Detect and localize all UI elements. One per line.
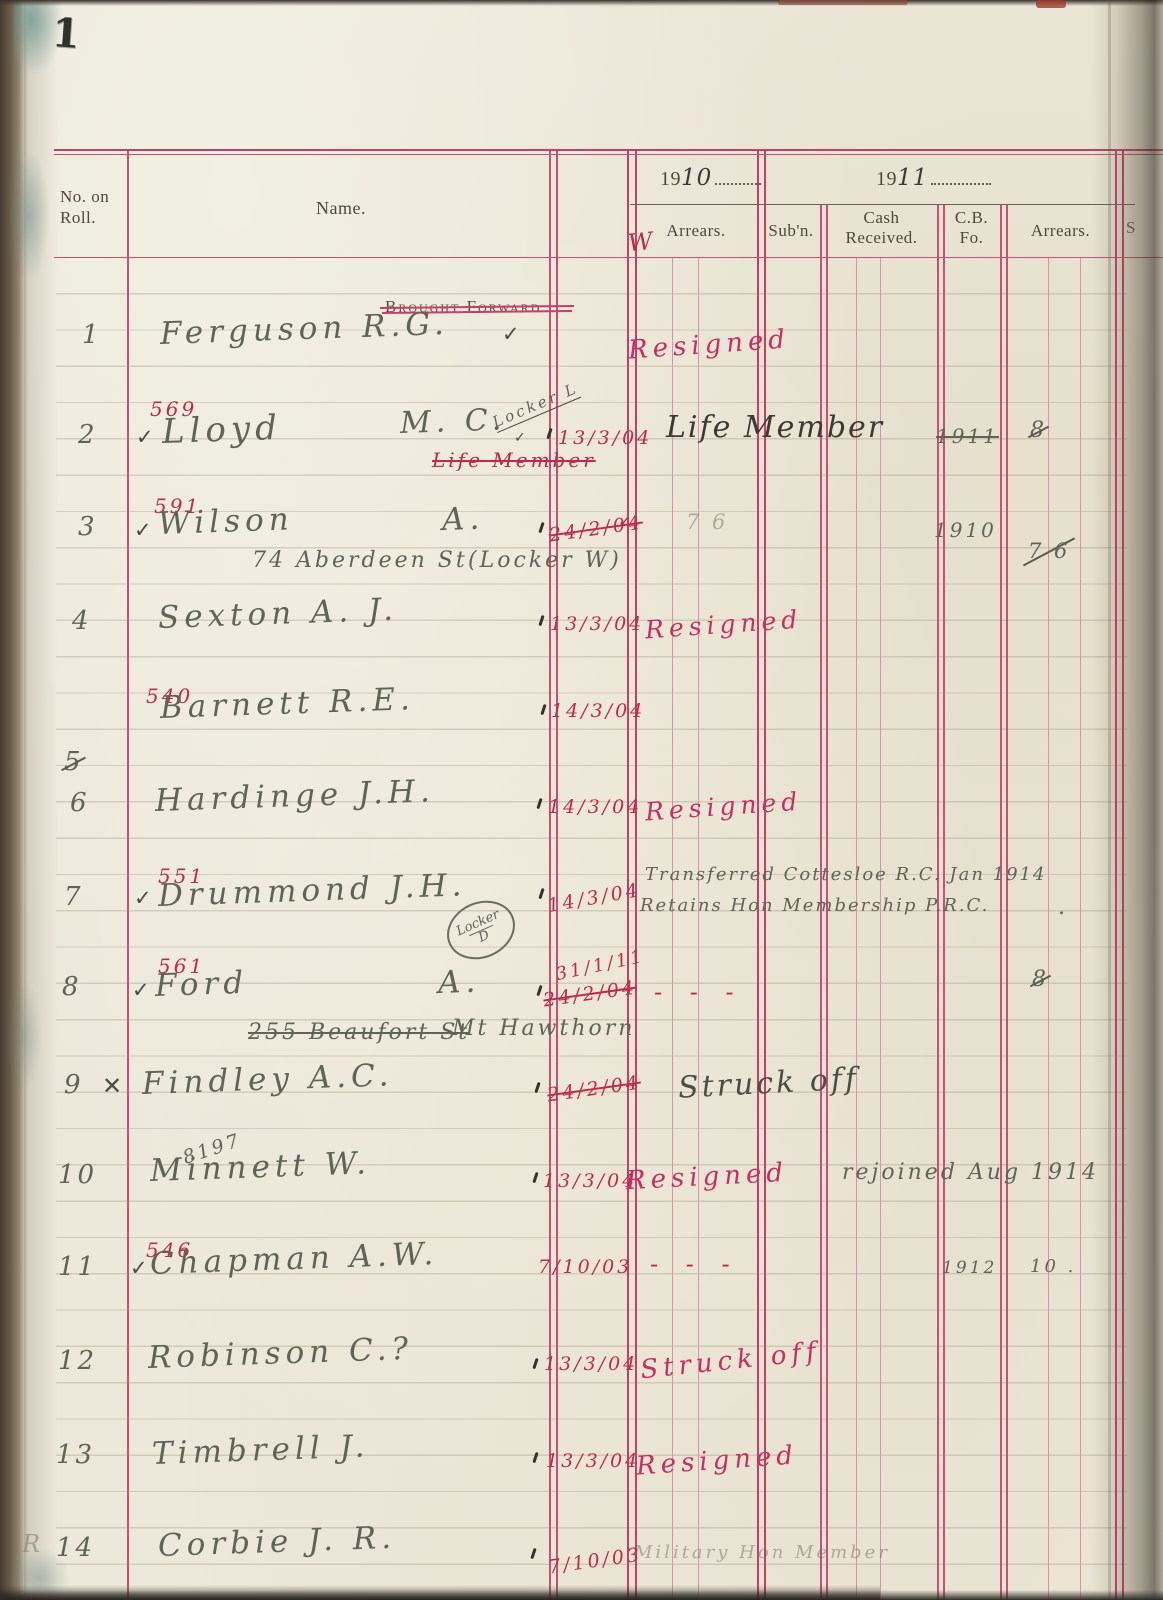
member-initials: A. (437, 964, 480, 1001)
address-struck: 255 Beaufort St (248, 1020, 470, 1045)
subscription-value: 7 6 (686, 510, 728, 534)
header-top-rule (54, 149, 1163, 151)
member-name: Timbrell J. (151, 1428, 370, 1472)
header-top-rule (54, 154, 1163, 155)
row-number: 1 (82, 320, 102, 350)
dotted-leader (715, 169, 761, 185)
money-subrule (672, 258, 673, 1600)
arrears-value: 8 (1030, 418, 1047, 443)
row-number: 6 (70, 788, 90, 818)
rejoined-note: rejoined Aug 1914 (842, 1160, 1099, 1185)
member-name: Minnett W. (149, 1145, 371, 1189)
row-number: 8 (62, 972, 82, 1002)
col-header-cb-fo: C.B.Fo. (943, 208, 1000, 247)
bottom-edge-shadow (0, 1585, 880, 1600)
money-subrule (698, 258, 699, 1600)
year-written: 11 (897, 165, 928, 191)
cb-fo-value: 1911 (936, 424, 999, 448)
year-1910: 1910 (660, 165, 761, 191)
row-number: 13 (56, 1440, 95, 1470)
edge-mark (778, 0, 908, 5)
money-subrule (1048, 258, 1049, 1600)
life-member-red-note: Life Member (432, 448, 596, 472)
header-bottom-rule (54, 257, 1163, 258)
year-underline (630, 204, 1135, 205)
membership-note: Military Hon Member (634, 1542, 890, 1563)
election-date: 14/3/04 (551, 700, 645, 722)
row-number: 11 (58, 1252, 97, 1282)
ledger-row: 540 5 Barnett R.E. 14/3/04 (0, 49, 1163, 79)
election-date: 13/3/04 (546, 1450, 640, 1472)
column-rule (556, 150, 558, 1600)
ledger-row: 591 3 ✓ Wilson A. 24/2/04 ✓ 7 6 1910 7 6… (0, 25, 1163, 49)
address: 74 Aberdeen St (252, 548, 468, 573)
member-initials: A. (441, 501, 484, 538)
arrears-dot: . (1058, 895, 1068, 920)
address: Mt Hawthorn (452, 1016, 635, 1041)
col-header-name: Name. (316, 198, 366, 219)
check-icon: ✓ (136, 425, 154, 449)
row-number: 12 (58, 1346, 97, 1376)
arrears-value: 8 (1032, 967, 1049, 992)
row-number: 2 (78, 420, 98, 450)
column-rule (1000, 205, 1002, 1600)
arrears-value: 10 . (1030, 1256, 1076, 1277)
election-date: 14/3/04 (548, 796, 642, 818)
check-icon: ✓ (132, 978, 150, 1002)
row-number: 14 (56, 1533, 95, 1563)
row-number: 4 (72, 606, 92, 636)
check-icon: ✓ (502, 322, 520, 346)
dash-marks: - - - (654, 978, 744, 1006)
column-rule (549, 150, 551, 1600)
column-rule (627, 150, 629, 1600)
member-name: Lloyd (161, 408, 282, 452)
year-1911: 1911 (876, 165, 991, 191)
stamp-w: W (627, 227, 657, 258)
life-member-note: Life Member (666, 410, 884, 445)
election-date: 7/10/03 (538, 1256, 632, 1278)
paper-edge (24, 0, 58, 1600)
ledger-row: 551 7 ✓ Drummond J.H. Locker D 14/3/04 T… (0, 79, 1163, 104)
cb-fo-value: 1910 (934, 518, 997, 542)
col-header-subn: Sub'n. (758, 221, 824, 241)
check-icon: ✓ (134, 886, 152, 910)
col-header-cash-received: CashReceived. (826, 208, 937, 247)
election-date: 13/3/04 (550, 613, 644, 635)
member-name: Ford (154, 965, 248, 1004)
money-subrule (856, 258, 857, 1600)
ledger-page: 1 No. on Roll. Name. 1910 1911 Arrears. … (0, 0, 1163, 1600)
cb-fo-value: 1912 (942, 1258, 997, 1278)
column-rule (127, 150, 129, 1600)
row-number: 10 (58, 1160, 97, 1190)
dotted-leader (931, 169, 991, 185)
dash-marks: - - - (650, 1250, 740, 1278)
member-initials: M. C. (399, 402, 506, 441)
row-number: 5 (64, 747, 84, 777)
transfer-note: Transferred Cottesloe R.C. Jan 1914 (645, 864, 1046, 885)
locker-annotation: (Locker W) (468, 548, 622, 573)
year-written: 10 (681, 165, 712, 191)
row-number: 9 (64, 1070, 84, 1100)
row-number: 7 (64, 882, 84, 912)
check-icon: ✓ (514, 430, 526, 446)
gutter-shadow (1091, 0, 1163, 1600)
check-icon: ✓ (618, 512, 631, 531)
year-printed: 19 (660, 168, 681, 190)
top-edge (0, 0, 1163, 6)
cross-icon: ✕ (102, 1072, 122, 1100)
election-date: 13/3/04 (543, 1170, 637, 1192)
check-icon: ✓ (134, 518, 152, 542)
year-printed: 19 (876, 168, 897, 190)
arrears-value: 7 6 (1028, 539, 1070, 563)
check-icon: ✓ (130, 1256, 148, 1280)
membership-note: Retains Hon Membership P.R.C. (640, 895, 989, 916)
row-number: 3 (78, 512, 98, 542)
edge-mark (1036, 0, 1066, 8)
election-date: 13/3/04 (558, 427, 652, 449)
election-date: 13/3/04 (544, 1353, 638, 1375)
column-rule (635, 150, 637, 1600)
money-subrule (1080, 258, 1081, 1600)
col-header-no-on-roll: No. on Roll. (60, 186, 109, 229)
column-rule (1006, 205, 1008, 1600)
member-name: Wilson (157, 501, 294, 542)
money-subrule (880, 258, 881, 1600)
